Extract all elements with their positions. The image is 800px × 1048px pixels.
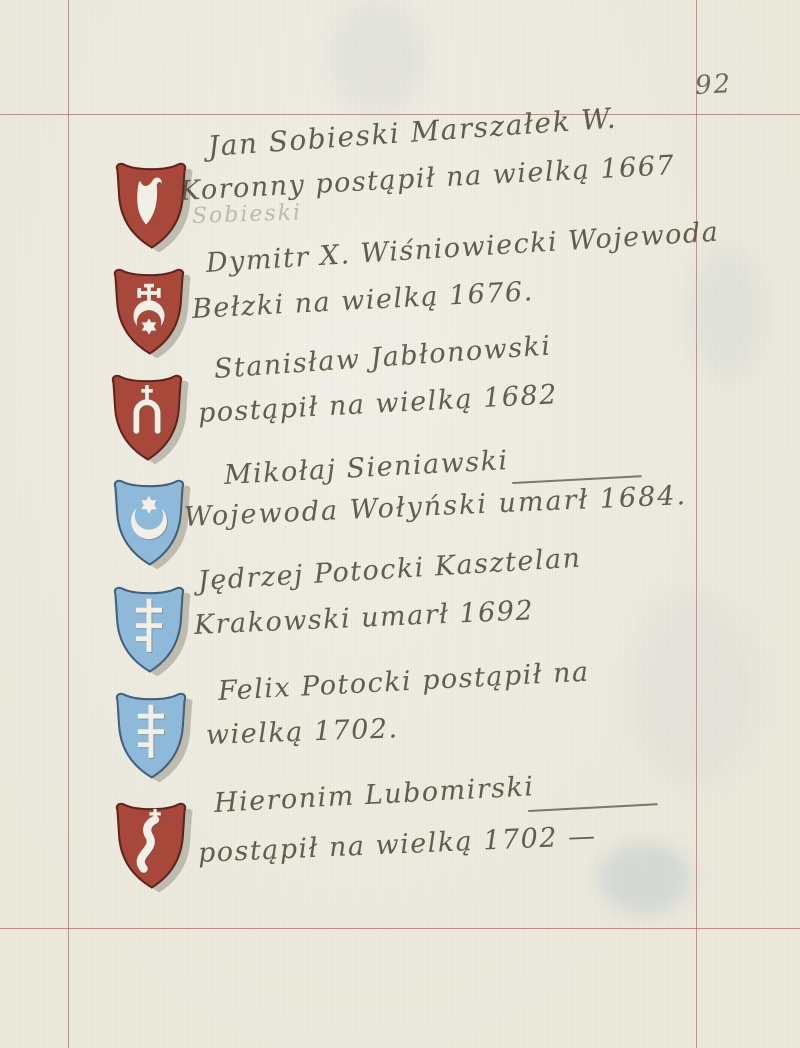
entry-hieronim-lubomirski: Hieronim Lubomirski postąpił na wielką 1…	[0, 0, 800, 1048]
shield-szreniawa-gules	[110, 800, 192, 894]
manuscript-page: 92 Jan Sobieski Marszałek W. Koronny pos…	[0, 0, 800, 1048]
entry-text-line1: Hieronim Lubomirski	[213, 771, 535, 819]
flourish-line	[528, 803, 658, 812]
entry-text-line2: postąpił na wielką 1702 —	[197, 821, 597, 869]
